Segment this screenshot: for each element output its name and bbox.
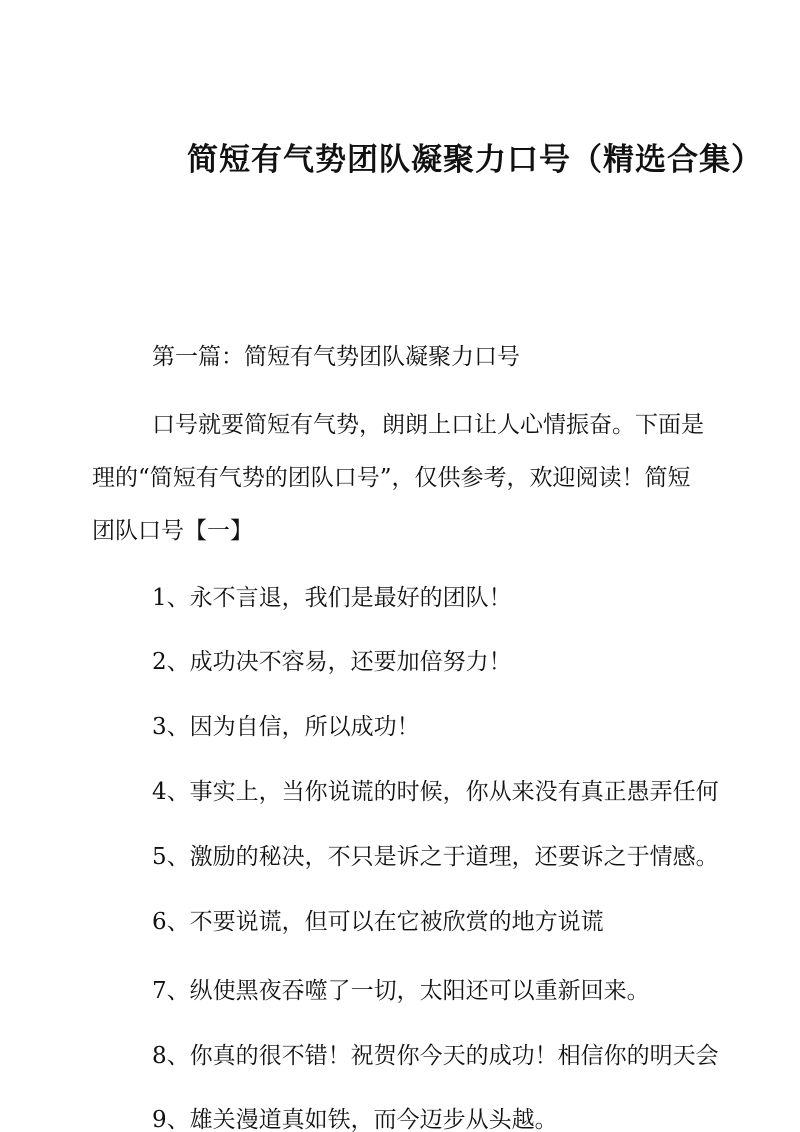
- intro-paragraph-line-1: 口号就要简短有气势，朗朗上口让人心情振奋。下面是: [152, 409, 704, 441]
- slogan-item-8: 8、你真的很不错！祝贺你今天的成功！相信你的明天会: [152, 1040, 719, 1072]
- slogan-item-3: 3、因为自信，所以成功！: [152, 711, 420, 743]
- slogan-item-7: 7、纵使黑夜吞噬了一切，太阳还可以重新回来。: [152, 975, 650, 1007]
- slogan-item-2: 2、成功决不容易，还要加倍努力！: [152, 646, 512, 678]
- slogan-item-9: 9、雄关漫道真如铁，而今迈步从头越。: [152, 1104, 558, 1132]
- slogan-item-1: 1、永不言退，我们是最好的团队！: [152, 582, 512, 614]
- document-title: 简短有气势团队凝聚力口号（精选合集）: [187, 138, 763, 182]
- slogan-item-4: 4、事实上，当你说谎的时候，你从来没有真正愚弄任何: [152, 776, 719, 808]
- intro-paragraph-line-3: 团队口号【一】: [92, 515, 253, 547]
- intro-paragraph-line-2: 理的“简短有气势的团队口号”，仅供参考，欢迎阅读！简短: [92, 462, 691, 494]
- section-heading: 第一篇：简短有气势团队凝聚力口号: [152, 341, 520, 373]
- slogan-item-6: 6、不要说谎，但可以在它被欣赏的地方说谎: [152, 906, 604, 938]
- slogan-item-5: 5、激励的秘决，不只是诉之于道理，还要诉之于情感。: [152, 841, 719, 873]
- document-page: 简短有气势团队凝聚力口号（精选合集） 第一篇：简短有气势团队凝聚力口号 口号就要…: [0, 0, 800, 1132]
